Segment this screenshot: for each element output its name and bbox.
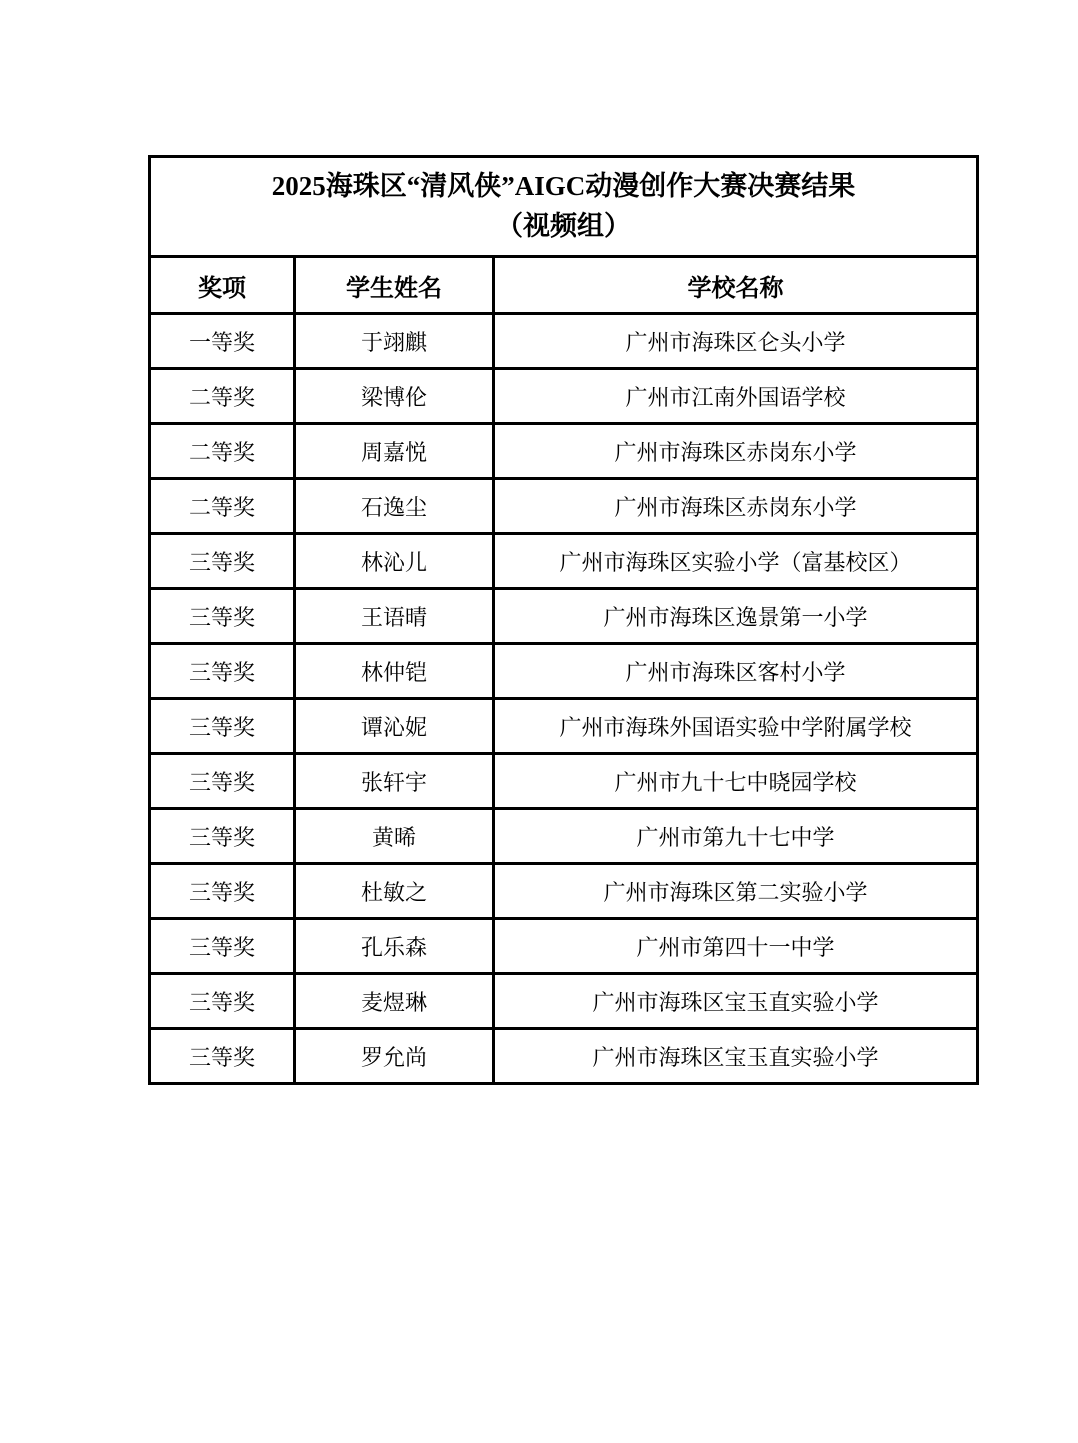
student-name-cell: 王语晴 xyxy=(295,589,494,644)
document-page: 2025海珠区“清风侠”AIGC动漫创作大赛决赛结果 （视频组） 奖项 学生姓名… xyxy=(0,0,1078,1443)
school-name-cell: 广州市海珠区实验小学（富基校区） xyxy=(494,534,978,589)
school-name-cell: 广州市海珠区第二实验小学 xyxy=(494,864,978,919)
table-row: 三等奖 林沁儿 广州市海珠区实验小学（富基校区） xyxy=(150,534,978,589)
school-name-cell: 广州市海珠区赤岗东小学 xyxy=(494,479,978,534)
table-row: 三等奖 黄晞 广州市第九十七中学 xyxy=(150,809,978,864)
school-name-cell: 广州市江南外国语学校 xyxy=(494,369,978,424)
student-name-cell: 石逸尘 xyxy=(295,479,494,534)
award-cell: 三等奖 xyxy=(150,754,295,809)
header-award: 奖项 xyxy=(150,257,295,314)
award-cell: 三等奖 xyxy=(150,589,295,644)
school-name-cell: 广州市海珠区宝玉直实验小学 xyxy=(494,974,978,1029)
student-name-cell: 林沁儿 xyxy=(295,534,494,589)
student-name-cell: 于翊麒 xyxy=(295,314,494,369)
student-name-cell: 麦煜琳 xyxy=(295,974,494,1029)
award-cell: 三等奖 xyxy=(150,974,295,1029)
student-name-cell: 周嘉悦 xyxy=(295,424,494,479)
table-row: 三等奖 孔乐森 广州市第四十一中学 xyxy=(150,919,978,974)
school-name-cell: 广州市海珠区仑头小学 xyxy=(494,314,978,369)
school-name-cell: 广州市海珠区宝玉直实验小学 xyxy=(494,1029,978,1084)
student-name-cell: 杜敏之 xyxy=(295,864,494,919)
school-name-cell: 广州市海珠区客村小学 xyxy=(494,644,978,699)
award-cell: 二等奖 xyxy=(150,369,295,424)
table-row: 一等奖 于翊麒 广州市海珠区仑头小学 xyxy=(150,314,978,369)
document-title: 2025海珠区“清风侠”AIGC动漫创作大赛决赛结果 （视频组） xyxy=(150,157,978,257)
table-row: 二等奖 石逸尘 广州市海珠区赤岗东小学 xyxy=(150,479,978,534)
award-cell: 三等奖 xyxy=(150,919,295,974)
table-row: 二等奖 梁博伦 广州市江南外国语学校 xyxy=(150,369,978,424)
header-student-name: 学生姓名 xyxy=(295,257,494,314)
award-cell: 三等奖 xyxy=(150,1029,295,1084)
table-header-row: 奖项 学生姓名 学校名称 xyxy=(150,257,978,314)
school-name-cell: 广州市海珠外国语实验中学附属学校 xyxy=(494,699,978,754)
school-name-cell: 广州市海珠区赤岗东小学 xyxy=(494,424,978,479)
title-line-1: 2025海珠区“清风侠”AIGC动漫创作大赛决赛结果 xyxy=(151,167,976,206)
table-row: 三等奖 谭沁妮 广州市海珠外国语实验中学附属学校 xyxy=(150,699,978,754)
school-name-cell: 广州市第九十七中学 xyxy=(494,809,978,864)
table-row: 三等奖 王语晴 广州市海珠区逸景第一小学 xyxy=(150,589,978,644)
award-cell: 三等奖 xyxy=(150,864,295,919)
student-name-cell: 罗允尚 xyxy=(295,1029,494,1084)
school-name-cell: 广州市九十七中晓园学校 xyxy=(494,754,978,809)
student-name-cell: 谭沁妮 xyxy=(295,699,494,754)
award-cell: 一等奖 xyxy=(150,314,295,369)
award-cell: 三等奖 xyxy=(150,644,295,699)
award-cell: 三等奖 xyxy=(150,699,295,754)
title-row: 2025海珠区“清风侠”AIGC动漫创作大赛决赛结果 （视频组） xyxy=(150,157,978,257)
award-cell: 三等奖 xyxy=(150,809,295,864)
results-table: 2025海珠区“清风侠”AIGC动漫创作大赛决赛结果 （视频组） 奖项 学生姓名… xyxy=(148,155,979,1085)
table-row: 三等奖 杜敏之 广州市海珠区第二实验小学 xyxy=(150,864,978,919)
award-cell: 二等奖 xyxy=(150,424,295,479)
school-name-cell: 广州市第四十一中学 xyxy=(494,919,978,974)
title-line-2: （视频组） xyxy=(151,207,976,246)
header-school-name: 学校名称 xyxy=(494,257,978,314)
student-name-cell: 林仲铠 xyxy=(295,644,494,699)
award-cell: 二等奖 xyxy=(150,479,295,534)
table-row: 二等奖 周嘉悦 广州市海珠区赤岗东小学 xyxy=(150,424,978,479)
table-row: 三等奖 张轩宇 广州市九十七中晓园学校 xyxy=(150,754,978,809)
table-row: 三等奖 林仲铠 广州市海珠区客村小学 xyxy=(150,644,978,699)
table-row: 三等奖 罗允尚 广州市海珠区宝玉直实验小学 xyxy=(150,1029,978,1084)
student-name-cell: 孔乐森 xyxy=(295,919,494,974)
table-row: 三等奖 麦煜琳 广州市海珠区宝玉直实验小学 xyxy=(150,974,978,1029)
student-name-cell: 梁博伦 xyxy=(295,369,494,424)
student-name-cell: 黄晞 xyxy=(295,809,494,864)
school-name-cell: 广州市海珠区逸景第一小学 xyxy=(494,589,978,644)
student-name-cell: 张轩宇 xyxy=(295,754,494,809)
award-cell: 三等奖 xyxy=(150,534,295,589)
